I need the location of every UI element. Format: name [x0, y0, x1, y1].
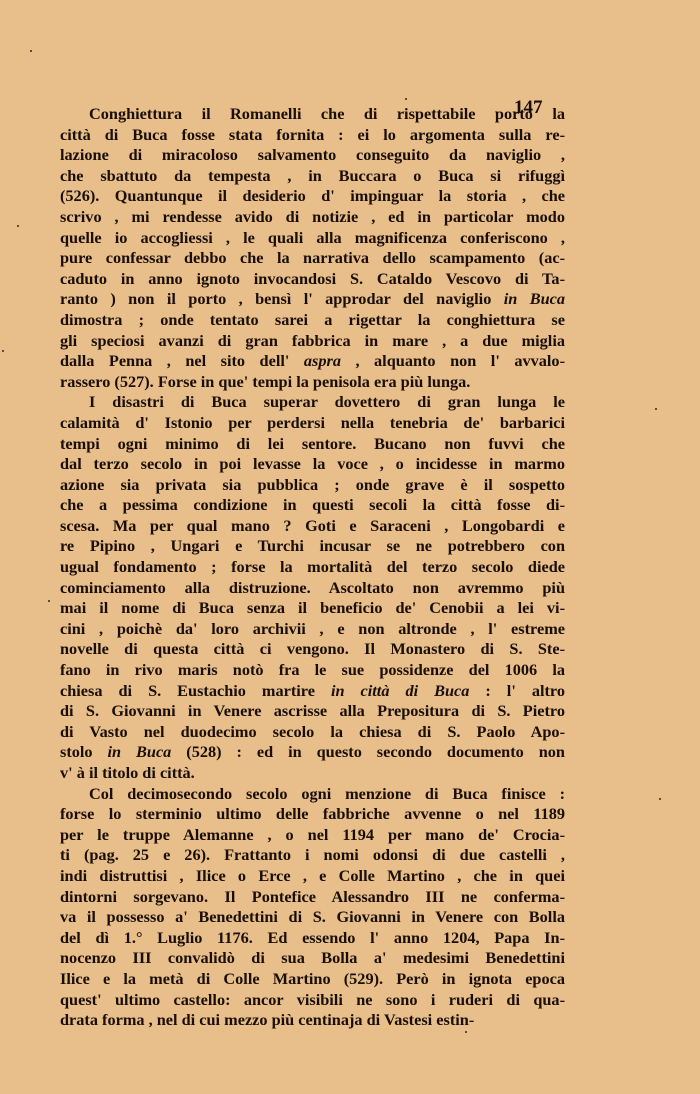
text-line: chiesa di S. Eustachio martire in città …	[60, 681, 565, 702]
paragraph-3: Col decimosecondo secolo ogni menzione d…	[60, 784, 565, 1031]
text-line: I disastri di Buca superar dovettero di …	[60, 392, 565, 413]
text-line: dal terzo secolo in poi levasse la voce …	[60, 454, 565, 475]
text-line: fano in rivo maris notò fra le sue possi…	[60, 660, 565, 681]
text-line: Conghiettura il Romanelli che di rispett…	[60, 104, 565, 125]
text-line: città di Buca fosse stata fornita : ei l…	[60, 125, 565, 146]
text-line: gli speciosi avanzi di gran fabbrica in …	[60, 331, 565, 352]
text-line: cominciamento alla distruzione. Ascoltat…	[60, 578, 565, 599]
text-line: che sbattuto da tempesta , in Buccara o …	[60, 166, 565, 187]
book-page-text: Conghiettura il Romanelli che di rispett…	[60, 98, 565, 1031]
text-line: ranto ) non il porto , bensì l' approdar…	[60, 289, 565, 310]
text-line: ugual fondamento ; forse la mortalità de…	[60, 557, 565, 578]
text-line: ti (pag. 25 e 26). Frattanto i nomi odon…	[60, 845, 565, 866]
text-line: azione sia privata sia pubblica ; onde g…	[60, 475, 565, 496]
text-line: del dì 1.° Luglio 1176. Ed essendo l' an…	[60, 928, 565, 949]
text-line: di Vasto nel duodecimo secolo la chiesa …	[60, 722, 565, 743]
text-line: indi distruttisi , Ilice o Erce , e Coll…	[60, 866, 565, 887]
text-line: mai il nome di Buca senza il beneficio d…	[60, 598, 565, 619]
text-line: (526). Quantunque il desiderio d' imping…	[60, 186, 565, 207]
paragraph-1: Conghiettura il Romanelli che di rispett…	[60, 104, 565, 392]
scan-speck	[2, 350, 4, 352]
scan-speck	[405, 98, 407, 100]
text-line: drata forma , nel di cui mezzo più centi…	[60, 1010, 565, 1031]
scan-speck	[17, 225, 19, 227]
text-line: per le truppe Alemanne , o nel 1194 per …	[60, 825, 565, 846]
text-line: calamità d' Istonio per perdersi nella t…	[60, 413, 565, 434]
text-line: re Pipino , Ungari e Turchi incusar se n…	[60, 536, 565, 557]
text-line: quest' ultimo castello: ancor visibili n…	[60, 990, 565, 1011]
text-line: di S. Giovanni in Venere ascrisse alla P…	[60, 701, 565, 722]
text-line: forse lo sterminio ultimo delle fabbrich…	[60, 804, 565, 825]
text-line: v' à il titolo di città.	[60, 763, 565, 784]
text-line: scrivo , mi rendesse avido di notizie , …	[60, 207, 565, 228]
text-line: che a pessima condizione in questi secol…	[60, 495, 565, 516]
text-line: caduto in anno ignoto invocandosi S. Cat…	[60, 269, 565, 290]
scan-speck	[48, 600, 50, 602]
text-line: novelle di questa città ci vengono. Il M…	[60, 639, 565, 660]
text-line: nocenzo III convalidò di sua Bolla a' me…	[60, 948, 565, 969]
text-line: dintorni sorgevano. Il Pontefice Alessan…	[60, 887, 565, 908]
text-line: va il possesso a' Benedettini di S. Giov…	[60, 907, 565, 928]
body-text: Conghiettura il Romanelli che di rispett…	[60, 104, 565, 1031]
text-line: dalla Penna , nel sito dell' aspra , alq…	[60, 351, 565, 372]
text-line: pure confessar debbo che la narrativa de…	[60, 248, 565, 269]
text-line: quelle io accogliessi , le quali alla ma…	[60, 228, 565, 249]
scan-speck	[30, 50, 32, 52]
text-line: lazione di miracoloso salvamento consegu…	[60, 145, 565, 166]
text-line: Ilice e la metà di Colle Martino (529). …	[60, 969, 565, 990]
text-line: dimostra ; onde tentato sarei a rigettar…	[60, 310, 565, 331]
text-line: tempi ogni minimo di lei sentore. Bucano…	[60, 434, 565, 455]
text-line: stolo in Buca (528) : ed in questo secon…	[60, 742, 565, 763]
scan-speck	[659, 798, 661, 800]
text-line: scesa. Ma per qual mano ? Goti e Saracen…	[60, 516, 565, 537]
scan-speck	[465, 1031, 467, 1033]
text-line: cini , poichè da' loro archivii , e non …	[60, 619, 565, 640]
text-line: Col decimosecondo secolo ogni menzione d…	[60, 784, 565, 805]
text-line: rassero (527). Forse in que' tempi la pe…	[60, 372, 565, 393]
paragraph-2: I disastri di Buca superar dovettero di …	[60, 392, 565, 783]
scan-speck	[655, 408, 657, 410]
